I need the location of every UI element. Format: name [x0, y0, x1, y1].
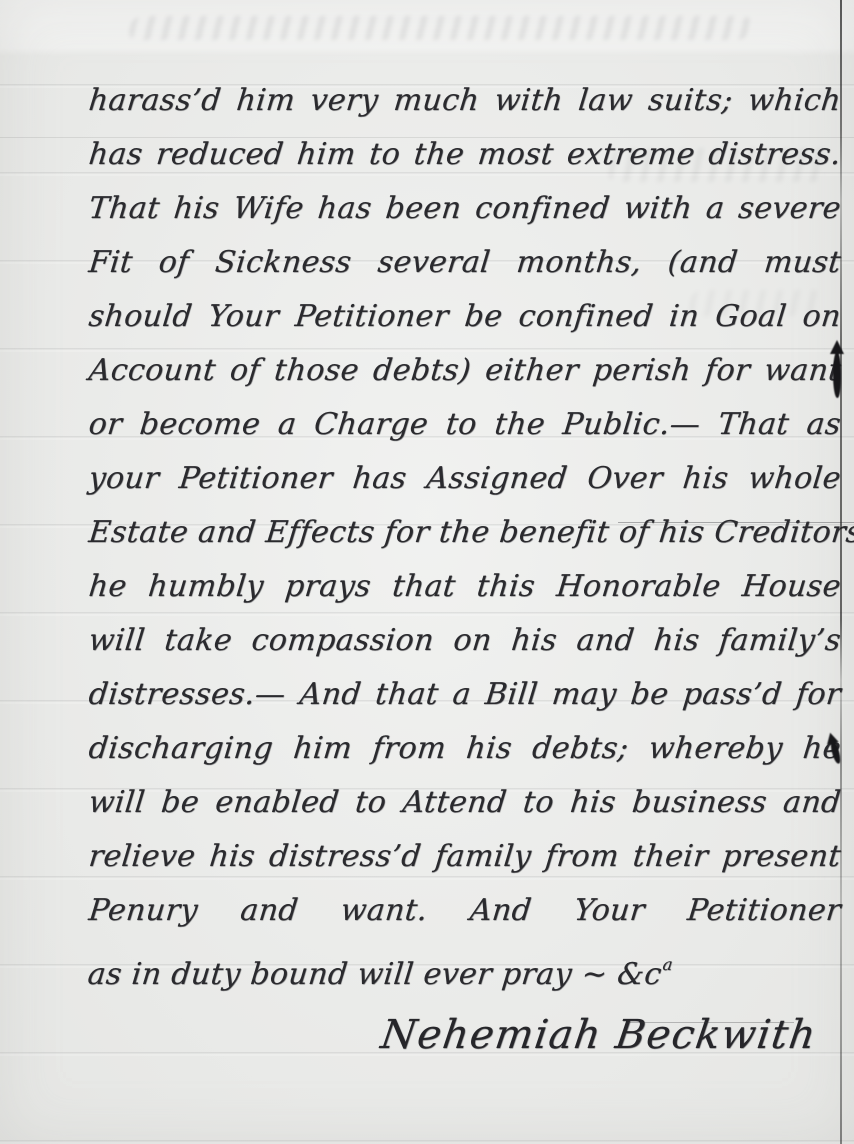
manuscript-line: discharging him from his debts; whereby … [86, 722, 844, 776]
manuscript-line: will be enabled to Attend to his busines… [86, 776, 844, 830]
manuscript-line: relieve his distress’d family from their… [86, 830, 844, 884]
petition-body: harass’d him very much with law suits; w… [86, 74, 838, 992]
manuscript-line: distresses.— And that a Bill may be pass… [86, 668, 844, 722]
manuscript-line: has reduced him to the most extreme dist… [86, 128, 844, 182]
manuscript-line: That his Wife has been confined with a s… [86, 182, 844, 236]
closing-text: as in duty bound will ever pray ~ &c [86, 957, 663, 992]
manuscript-line: should Your Petitioner be confined in Go… [86, 290, 844, 344]
manuscript-line: Account of those debts) either perish fo… [86, 344, 844, 398]
page-crease [840, 0, 842, 1144]
ink-blot [833, 352, 841, 398]
manuscript-line: or become a Charge to the Public.— That … [86, 398, 844, 452]
bleedthrough-smudge [127, 16, 752, 40]
manuscript-line: he humbly prays that this Honorable Hous… [86, 560, 844, 614]
manuscript-line: will take compassion on his and his fami… [86, 614, 844, 668]
manuscript-page: harass’d him very much with law suits; w… [0, 0, 854, 1144]
closing-superscript: a [662, 955, 674, 974]
manuscript-line: harass’d him very much with law suits; w… [86, 74, 844, 128]
manuscript-closing-line: as in duty bound will ever pray ~ &ca [86, 938, 844, 992]
manuscript-line: Estate and Effects for the benefit of hi… [86, 506, 844, 560]
signature: Nehemiah Beckwith [378, 1012, 820, 1058]
manuscript-line: Penury and want. And Your Petitioner [86, 884, 844, 938]
scratch-line [628, 1022, 794, 1023]
scratch-line [618, 522, 854, 523]
manuscript-line: Fit of Sickness several months, (and mus… [86, 236, 844, 290]
manuscript-line: your Petitioner has Assigned Over his wh… [86, 452, 844, 506]
